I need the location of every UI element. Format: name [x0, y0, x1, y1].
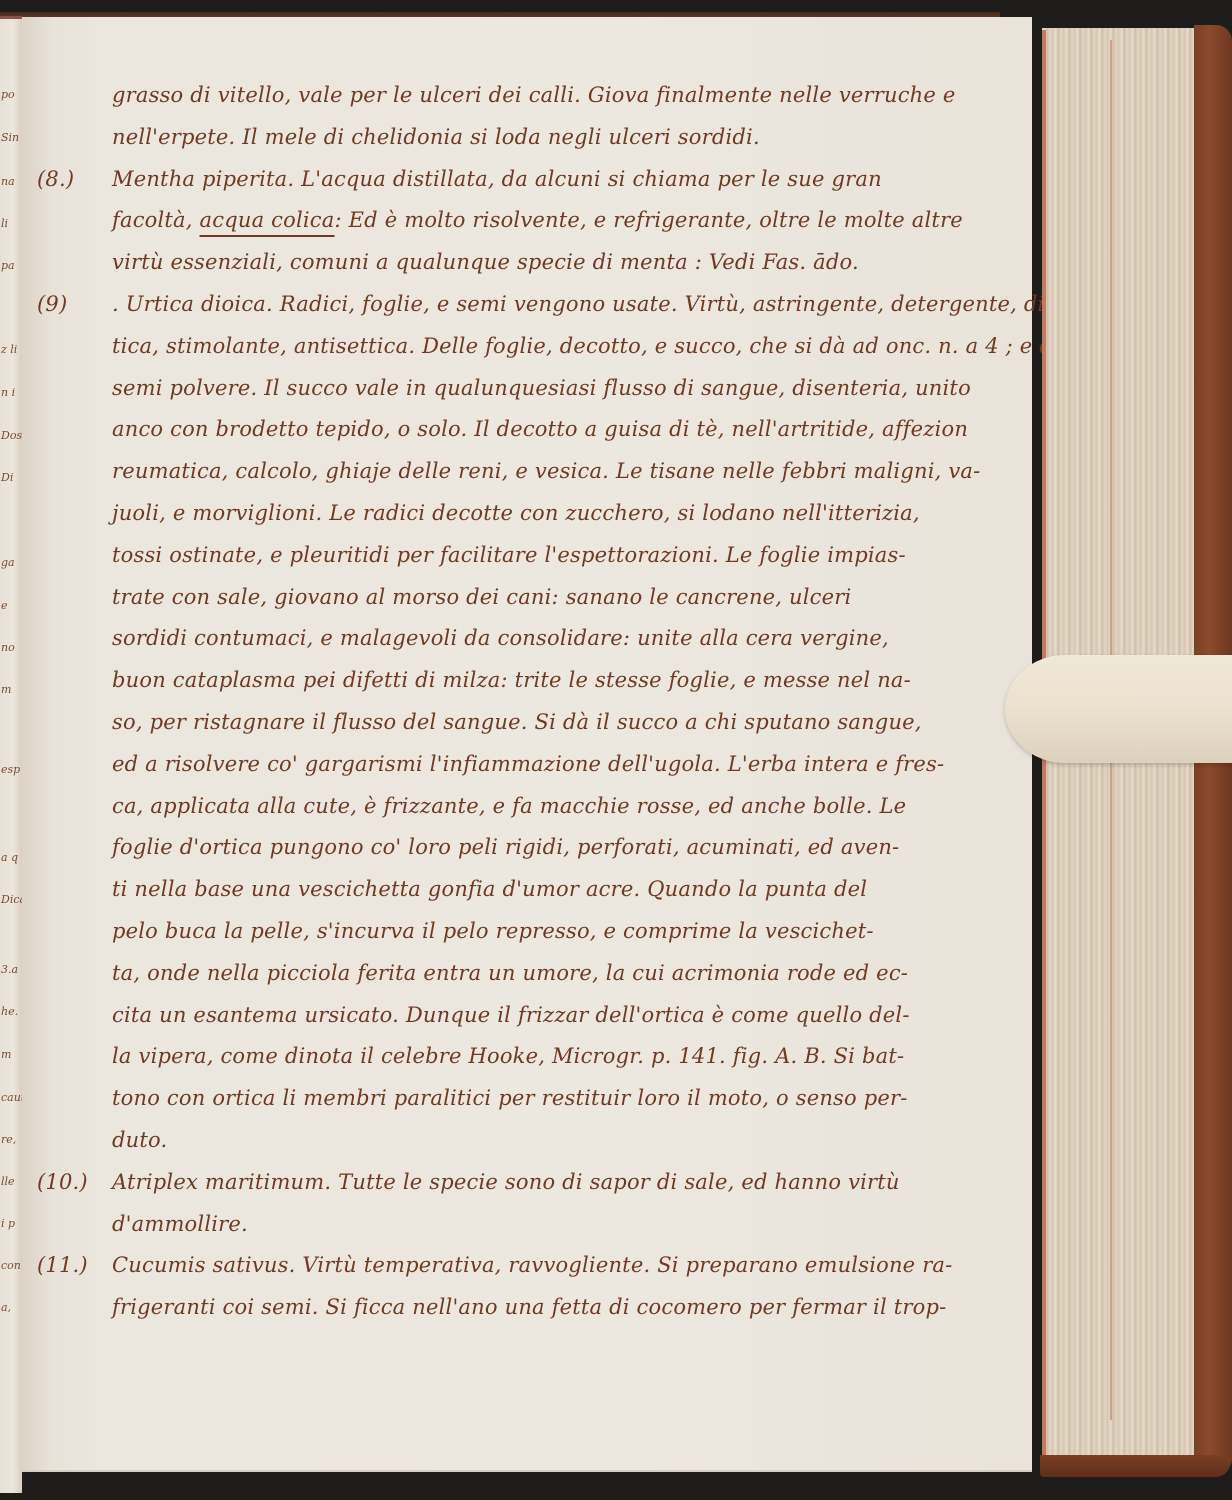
- text-line: la vipera, come dinota il celebre Hooke,…: [112, 1036, 1012, 1078]
- margin-fragment: pa: [1, 259, 15, 272]
- margin-fragment: con: [1, 1259, 21, 1272]
- text-line: nell'erpete. Il mele di chelidonia si lo…: [112, 117, 1012, 159]
- margin-fragment: re,: [1, 1133, 16, 1146]
- text-line: ca, applicata alla cute, è frizzante, e …: [112, 786, 1012, 828]
- text-line: ed a risolvere co' gargarismi l'infiamma…: [112, 744, 1012, 786]
- text-line: tossi ostinate, e pleuritidi per facilit…: [112, 535, 1012, 577]
- facing-page-edge: poSinnalipaz lin iDosDigaenomespa qDica3…: [0, 16, 22, 1493]
- handwritten-text: grasso di vitello, vale per le ulceri de…: [112, 75, 1012, 1329]
- underlined-term: acqua colica: [200, 208, 335, 232]
- margin-fragment: po: [1, 88, 15, 101]
- text-line: foglie d'ortica pungono co' loro peli ri…: [112, 827, 1012, 869]
- margin-fragment: Dica: [1, 893, 22, 906]
- margin-fragment: Sin: [1, 131, 19, 144]
- entry-number: (8.): [37, 159, 74, 201]
- margin-fragment: lle: [1, 1175, 15, 1188]
- margin-fragment: Di: [1, 471, 13, 484]
- entry-number: (9): [37, 284, 67, 326]
- text-line: trate con sale, giovano al morso dei can…: [112, 577, 1012, 619]
- margin-fragment: e: [1, 599, 8, 612]
- margin-fragment: m: [1, 683, 11, 696]
- margin-fragment: esp: [1, 763, 20, 776]
- manuscript-page: grasso di vitello, vale per le ulceri de…: [22, 17, 1032, 1472]
- text-line: so, per ristagnare il flusso del sangue.…: [112, 702, 1012, 744]
- margin-fragment: a q: [1, 851, 18, 864]
- margin-fragment: he.: [1, 1005, 18, 1018]
- text-line: (10.)Atriplex maritimum. Tutte le specie…: [112, 1162, 1012, 1204]
- entry-number: (10.): [37, 1162, 88, 1204]
- margin-fragment: no: [1, 641, 15, 654]
- margin-fragment: li: [1, 217, 8, 230]
- text-line: virtù essenziali, comuni a qualunque spe…: [112, 242, 1012, 284]
- text-line: buon cataplasma pei difetti di milza: tr…: [112, 660, 1012, 702]
- text-line: tica, stimolante, antisettica. Delle fog…: [112, 326, 1012, 368]
- text-line: grasso di vitello, vale per le ulceri de…: [112, 75, 1012, 117]
- margin-fragment: na: [1, 175, 15, 188]
- text-line: (9). Urtica dioica. Radici, foglie, e se…: [112, 284, 1012, 326]
- margin-fragment: ga: [1, 556, 15, 569]
- text-line: (8.)Mentha piperita. L'acqua distillata,…: [112, 159, 1012, 201]
- margin-fragment: 3.a: [1, 963, 18, 976]
- text-line: ta, onde nella picciola ferita entra un …: [112, 953, 1012, 995]
- margin-fragment: Dos: [1, 429, 22, 442]
- text-line: ti nella base una vescichetta gonfia d'u…: [112, 869, 1012, 911]
- margin-fragment: z li: [1, 343, 17, 356]
- text-line: cita un esantema ursicato. Dunque il fri…: [112, 995, 1012, 1037]
- margin-fragment: m: [1, 1048, 11, 1061]
- margin-fragment: a,: [1, 1301, 11, 1314]
- entry-number: (11.): [37, 1245, 88, 1287]
- text-line: duto.: [112, 1120, 1012, 1162]
- text-line: d'ammollire.: [112, 1204, 1012, 1246]
- margin-fragment: i p: [1, 1217, 15, 1230]
- text-line: sordidi contumaci, e malagevoli da conso…: [112, 618, 1012, 660]
- text-line: tono con ortica li membri paralitici per…: [112, 1078, 1012, 1120]
- margin-fragment: n i: [1, 386, 15, 399]
- text-line: reumatica, calcolo, ghiaje delle reni, e…: [112, 451, 1012, 493]
- text-line: anco con brodetto tepido, o solo. Il dec…: [112, 409, 1012, 451]
- text-line: juoli, e morviglioni. Le radici decotte …: [112, 493, 1012, 535]
- text-line: (11.)Cucumis sativus. Virtù temperativa,…: [112, 1245, 1012, 1287]
- text-line: frigeranti coi semi. Si ficca nell'ano u…: [112, 1287, 1012, 1329]
- text-line: facoltà, acqua colica: Ed è molto risolv…: [112, 200, 1012, 242]
- text-line: semi polvere. Il succo vale in qualunque…: [112, 368, 1012, 410]
- text-line: pelo buca la pelle, s'incurva il pelo re…: [112, 911, 1012, 953]
- leather-cover-bottom: [1040, 1455, 1230, 1477]
- bone-folder-bookmark: [1005, 655, 1232, 763]
- margin-fragment: caut: [1, 1091, 22, 1104]
